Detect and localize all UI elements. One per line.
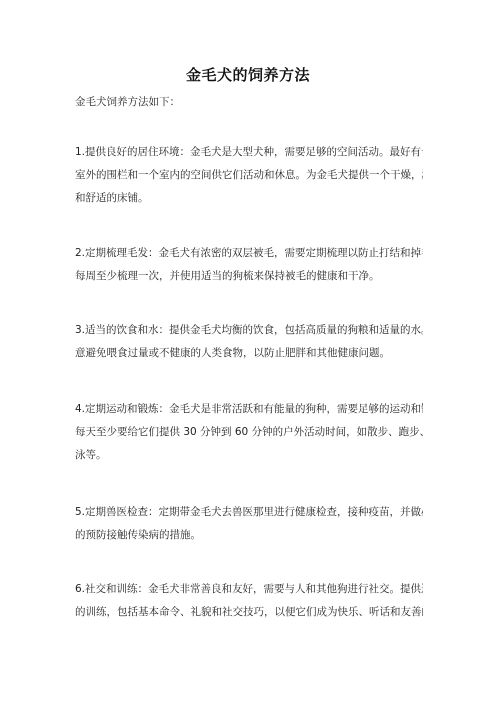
document-title: 金毛犬的饲养方法	[0, 64, 496, 85]
paragraph-line: 泳等。	[75, 444, 423, 467]
paragraph-line: 和舒适的床铺。	[75, 187, 423, 210]
paragraph-line: 意避免喂食过量或不健康的人类食物，以防止肥胖和其他健康问题。	[75, 342, 423, 365]
paragraph-3: 3.适当的饮食和水：提供金毛犬均衡的饮食，包括高质量的狗粮和适量的水。注 意避免…	[75, 319, 423, 365]
paragraph-line: 1.提供良好的居住环境：金毛犬是大型犬种，需要足够的空间活动。最好有一个	[75, 141, 423, 164]
paragraph-1: 1.提供良好的居住环境：金毛犬是大型犬种，需要足够的空间活动。最好有一个 室外的…	[75, 141, 423, 210]
paragraph-6: 6.社交和训练：金毛犬非常善良和友好，需要与人和其他狗进行社交。提供适当 的训练…	[75, 578, 423, 624]
paragraph-4: 4.定期运动和锻炼：金毛犬是非常活跃和有能量的狗种，需要足够的运动和锻炼。 每天…	[75, 398, 423, 467]
paragraph-line: 5.定期兽医检查：定期带金毛犬去兽医那里进行健康检查，接种疫苗，并做必要	[75, 501, 423, 524]
paragraph-line: 每周至少梳理一次，并使用适当的狗梳来保持被毛的健康和干净。	[75, 265, 423, 288]
paragraph-line: 6.社交和训练：金毛犬非常善良和友好，需要与人和其他狗进行社交。提供适当	[75, 578, 423, 601]
paragraph-line: 的预防接触传染病的措施。	[75, 524, 423, 547]
intro-text: 金毛犬饲养方法如下：	[75, 94, 180, 109]
paragraph-line: 3.适当的饮食和水：提供金毛犬均衡的饮食，包括高质量的狗粮和适量的水。注	[75, 319, 423, 342]
paragraph-line: 室外的围栏和一个室内的空间供它们活动和休息。为金毛犬提供一个干燥，温暖	[75, 164, 423, 187]
paragraph-line: 的训练，包括基本命令、礼貌和社交技巧，以便它们成为快乐、听话和友善的家	[75, 601, 423, 624]
paragraph-5: 5.定期兽医检查：定期带金毛犬去兽医那里进行健康检查，接种疫苗，并做必要 的预防…	[75, 501, 423, 547]
document-page: 金毛犬的饲养方法 金毛犬饲养方法如下： 1.提供良好的居住环境：金毛犬是大型犬种…	[0, 0, 496, 702]
paragraph-2: 2.定期梳理毛发：金毛犬有浓密的双层被毛，需要定期梳理以防止打结和掉毛。 每周至…	[75, 242, 423, 288]
paragraph-line: 每天至少要给它们提供 30 分钟到 60 分钟的户外活动时间，如散步、跑步、游	[75, 421, 423, 444]
paragraph-line: 4.定期运动和锻炼：金毛犬是非常活跃和有能量的狗种，需要足够的运动和锻炼。	[75, 398, 423, 421]
paragraph-line: 2.定期梳理毛发：金毛犬有浓密的双层被毛，需要定期梳理以防止打结和掉毛。	[75, 242, 423, 265]
